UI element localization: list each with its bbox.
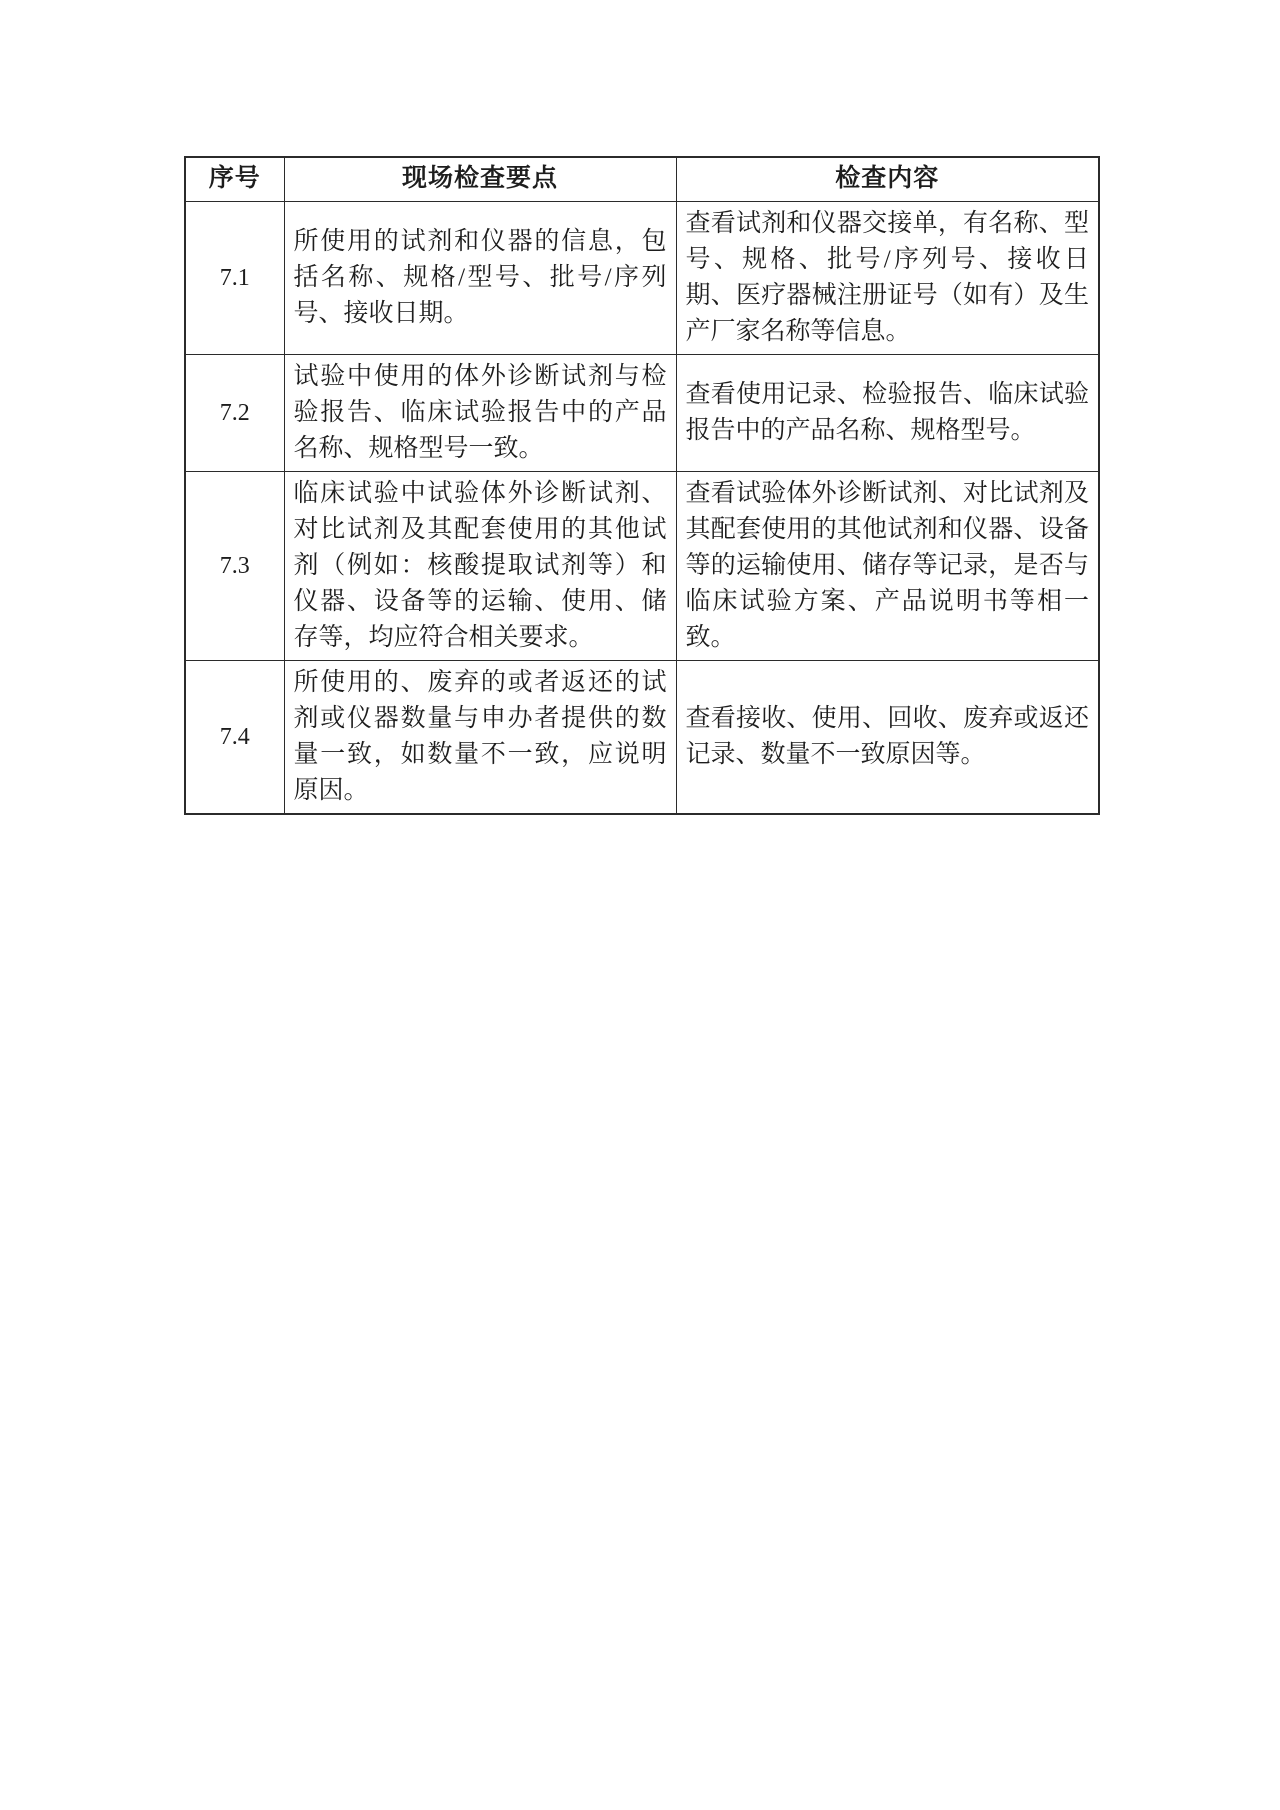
table-row: 7.1 所使用的试剂和仪器的信息，包括名称、规格/型号、批号/序列号、接收日期。…: [185, 201, 1099, 354]
cell-content: 查看试验体外诊断试剂、对比试剂及其配套使用的其他试剂和仪器、设备等的运输使用、储…: [676, 471, 1099, 660]
document-page: 序号 现场检查要点 检查内容 7.1 所使用的试剂和仪器的信息，包括名称、规格/…: [0, 0, 1280, 1810]
table-row: 7.4 所使用的、废弃的或者返还的试剂或仪器数量与申办者提供的数量一致，如数量不…: [185, 660, 1099, 814]
cell-seq: 7.1: [185, 201, 284, 354]
table-header-row: 序号 现场检查要点 检查内容: [185, 157, 1099, 201]
cell-content: 查看使用记录、检验报告、临床试验报告中的产品名称、规格型号。: [676, 354, 1099, 471]
header-seq: 序号: [185, 157, 284, 201]
cell-seq: 7.2: [185, 354, 284, 471]
cell-seq: 7.3: [185, 471, 284, 660]
cell-content: 查看接收、使用、回收、废弃或返还记录、数量不一致原因等。: [676, 660, 1099, 814]
header-inspection-content: 检查内容: [676, 157, 1099, 201]
cell-content: 查看试剂和仪器交接单，有名称、型号、规格、批号/序列号、接收日期、医疗器械注册证…: [676, 201, 1099, 354]
inspection-checklist-table: 序号 现场检查要点 检查内容 7.1 所使用的试剂和仪器的信息，包括名称、规格/…: [184, 156, 1100, 815]
cell-seq: 7.4: [185, 660, 284, 814]
cell-points: 所使用的、废弃的或者返还的试剂或仪器数量与申办者提供的数量一致，如数量不一致，应…: [284, 660, 676, 814]
header-inspection-points: 现场检查要点: [284, 157, 676, 201]
table-row: 7.2 试验中使用的体外诊断试剂与检验报告、临床试验报告中的产品名称、规格型号一…: [185, 354, 1099, 471]
cell-points: 临床试验中试验体外诊断试剂、对比试剂及其配套使用的其他试剂（例如：核酸提取试剂等…: [284, 471, 676, 660]
cell-points: 试验中使用的体外诊断试剂与检验报告、临床试验报告中的产品名称、规格型号一致。: [284, 354, 676, 471]
table-row: 7.3 临床试验中试验体外诊断试剂、对比试剂及其配套使用的其他试剂（例如：核酸提…: [185, 471, 1099, 660]
cell-points: 所使用的试剂和仪器的信息，包括名称、规格/型号、批号/序列号、接收日期。: [284, 201, 676, 354]
